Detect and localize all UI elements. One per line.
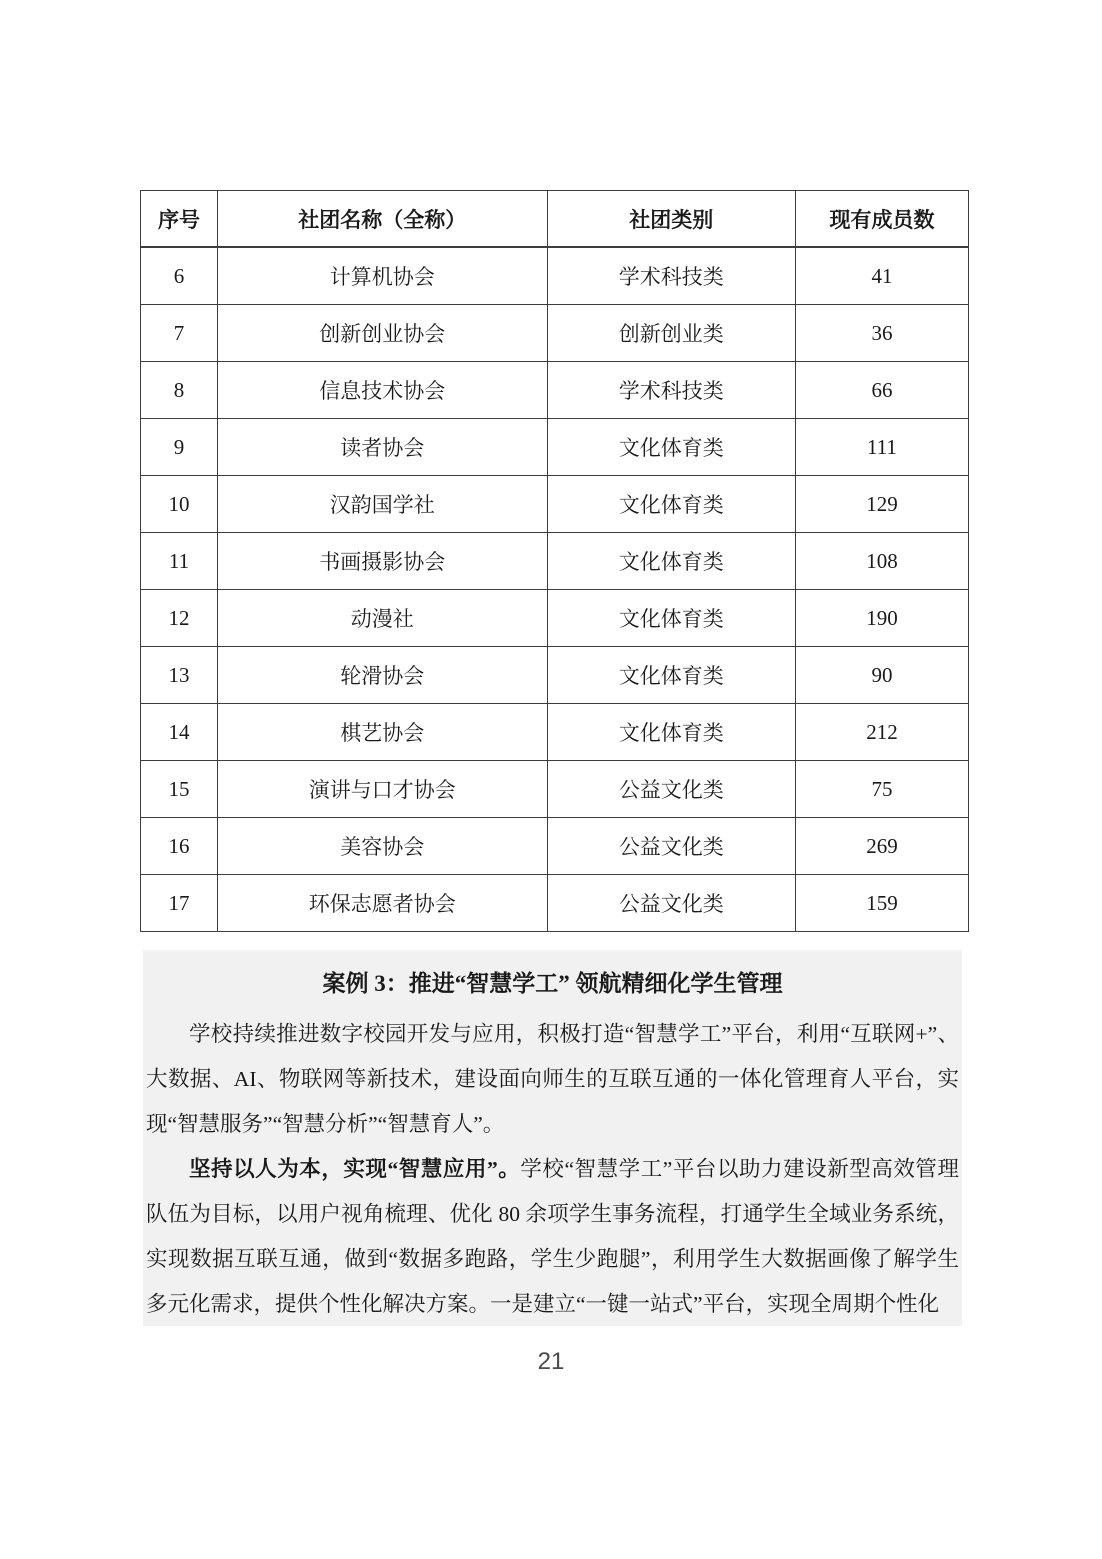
cell-name: 环保志愿者协会 (218, 875, 548, 932)
table-row: 15 演讲与口才协会 公益文化类 75 (141, 761, 969, 818)
cell-category: 学术科技类 (547, 362, 795, 419)
cell-members: 212 (795, 704, 968, 761)
cell-name: 信息技术协会 (218, 362, 548, 419)
cell-category: 文化体育类 (547, 533, 795, 590)
cell-category: 文化体育类 (547, 647, 795, 704)
cell-category: 文化体育类 (547, 476, 795, 533)
cell-name: 书画摄影协会 (218, 533, 548, 590)
cell-members: 159 (795, 875, 968, 932)
section-title: 案例 3：推进“智慧学工” 领航精细化学生管理 (146, 962, 959, 1006)
table-row: 13 轮滑协会 文化体育类 90 (141, 647, 969, 704)
table-row: 12 动漫社 文化体育类 190 (141, 590, 969, 647)
paragraph-2-bold-lead: 坚持以人为本，实现“智慧应用”。 (189, 1157, 520, 1181)
cell-members: 66 (795, 362, 968, 419)
table-row: 7 创新创业协会 创新创业类 36 (141, 305, 969, 362)
table-row: 6 计算机协会 学术科技类 41 (141, 247, 969, 305)
cell-category: 公益文化类 (547, 875, 795, 932)
cell-name: 创新创业协会 (218, 305, 548, 362)
club-table-container: 序号 社团名称（全称） 社团类别 现有成员数 6 计算机协会 学术科技类 41 … (140, 190, 969, 932)
table-row: 9 读者协会 文化体育类 111 (141, 419, 969, 476)
header-cell-name: 社团名称（全称） (218, 191, 548, 248)
cell-name: 动漫社 (218, 590, 548, 647)
table-header-row: 序号 社团名称（全称） 社团类别 现有成员数 (141, 191, 969, 248)
cell-index: 8 (141, 362, 218, 419)
cell-index: 17 (141, 875, 218, 932)
cell-name: 计算机协会 (218, 247, 548, 305)
table-row: 16 美容协会 公益文化类 269 (141, 818, 969, 875)
table-row: 8 信息技术协会 学术科技类 66 (141, 362, 969, 419)
cell-name: 读者协会 (218, 419, 548, 476)
table-row: 17 环保志愿者协会 公益文化类 159 (141, 875, 969, 932)
table-row: 10 汉韵国学社 文化体育类 129 (141, 476, 969, 533)
cell-members: 111 (795, 419, 968, 476)
cell-members: 190 (795, 590, 968, 647)
cell-name: 演讲与口才协会 (218, 761, 548, 818)
cell-members: 108 (795, 533, 968, 590)
table-row: 14 棋艺协会 文化体育类 212 (141, 704, 969, 761)
cell-category: 文化体育类 (547, 590, 795, 647)
header-cell-members: 现有成员数 (795, 191, 968, 248)
cell-category: 文化体育类 (547, 419, 795, 476)
club-table: 序号 社团名称（全称） 社团类别 现有成员数 6 计算机协会 学术科技类 41 … (140, 190, 969, 932)
cell-index: 10 (141, 476, 218, 533)
cell-index: 7 (141, 305, 218, 362)
document-page: 序号 社团名称（全称） 社团类别 现有成员数 6 计算机协会 学术科技类 41 … (0, 0, 1102, 1559)
cell-index: 9 (141, 419, 218, 476)
cell-name: 美容协会 (218, 818, 548, 875)
cell-members: 90 (795, 647, 968, 704)
cell-index: 6 (141, 247, 218, 305)
table-row: 11 书画摄影协会 文化体育类 108 (141, 533, 969, 590)
cell-category: 公益文化类 (547, 761, 795, 818)
cell-index: 14 (141, 704, 218, 761)
cell-members: 41 (795, 247, 968, 305)
cell-name: 棋艺协会 (218, 704, 548, 761)
page-number: 21 (0, 1348, 1102, 1376)
paragraph-1: 学校持续推进数字校园开发与应用，积极打造“智慧学工”平台，利用“互联网+”、大数… (146, 1012, 959, 1147)
cell-category: 公益文化类 (547, 818, 795, 875)
cell-category: 创新创业类 (547, 305, 795, 362)
cell-index: 15 (141, 761, 218, 818)
header-cell-index: 序号 (141, 191, 218, 248)
cell-index: 11 (141, 533, 218, 590)
cell-index: 12 (141, 590, 218, 647)
cell-index: 16 (141, 818, 218, 875)
cell-name: 汉韵国学社 (218, 476, 548, 533)
cell-index: 13 (141, 647, 218, 704)
cell-category: 学术科技类 (547, 247, 795, 305)
cell-category: 文化体育类 (547, 704, 795, 761)
cell-members: 75 (795, 761, 968, 818)
cell-members: 36 (795, 305, 968, 362)
case-section: 案例 3：推进“智慧学工” 领航精细化学生管理 学校持续推进数字校园开发与应用，… (143, 950, 962, 1326)
cell-members: 269 (795, 818, 968, 875)
cell-name: 轮滑协会 (218, 647, 548, 704)
paragraph-2: 坚持以人为本，实现“智慧应用”。学校“智慧学工”平台以助力建设新型高效管理队伍为… (146, 1147, 959, 1327)
cell-members: 129 (795, 476, 968, 533)
header-cell-category: 社团类别 (547, 191, 795, 248)
